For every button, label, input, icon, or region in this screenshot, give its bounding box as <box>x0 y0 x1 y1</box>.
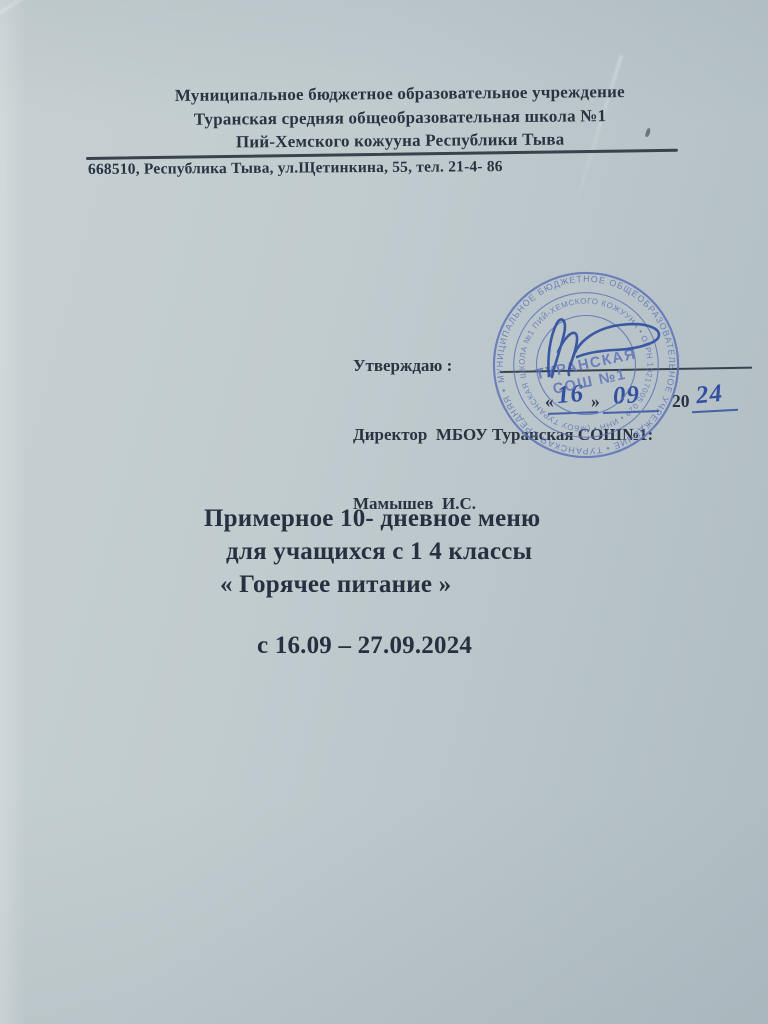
title-line-2: для учащихся с 1 4 классы <box>226 538 532 566</box>
title-period-line: с 16.09 – 27.09.2024 <box>257 632 472 660</box>
document-photo: Муниципальное бюджетное образовательное … <box>0 0 768 1024</box>
address-line: 668510, Республика Тыва, ул.Щетинкина, 5… <box>88 158 503 179</box>
handwritten-year: 24 <box>695 380 725 411</box>
director-signature <box>533 306 673 390</box>
paper-crease-top-left <box>0 0 76 15</box>
letterhead: Муниципальное бюджетное образовательное … <box>60 79 741 155</box>
title-line-3: « Горячее питание » <box>220 571 451 599</box>
title-line-1: Примерное 10- дневное меню <box>204 505 540 533</box>
